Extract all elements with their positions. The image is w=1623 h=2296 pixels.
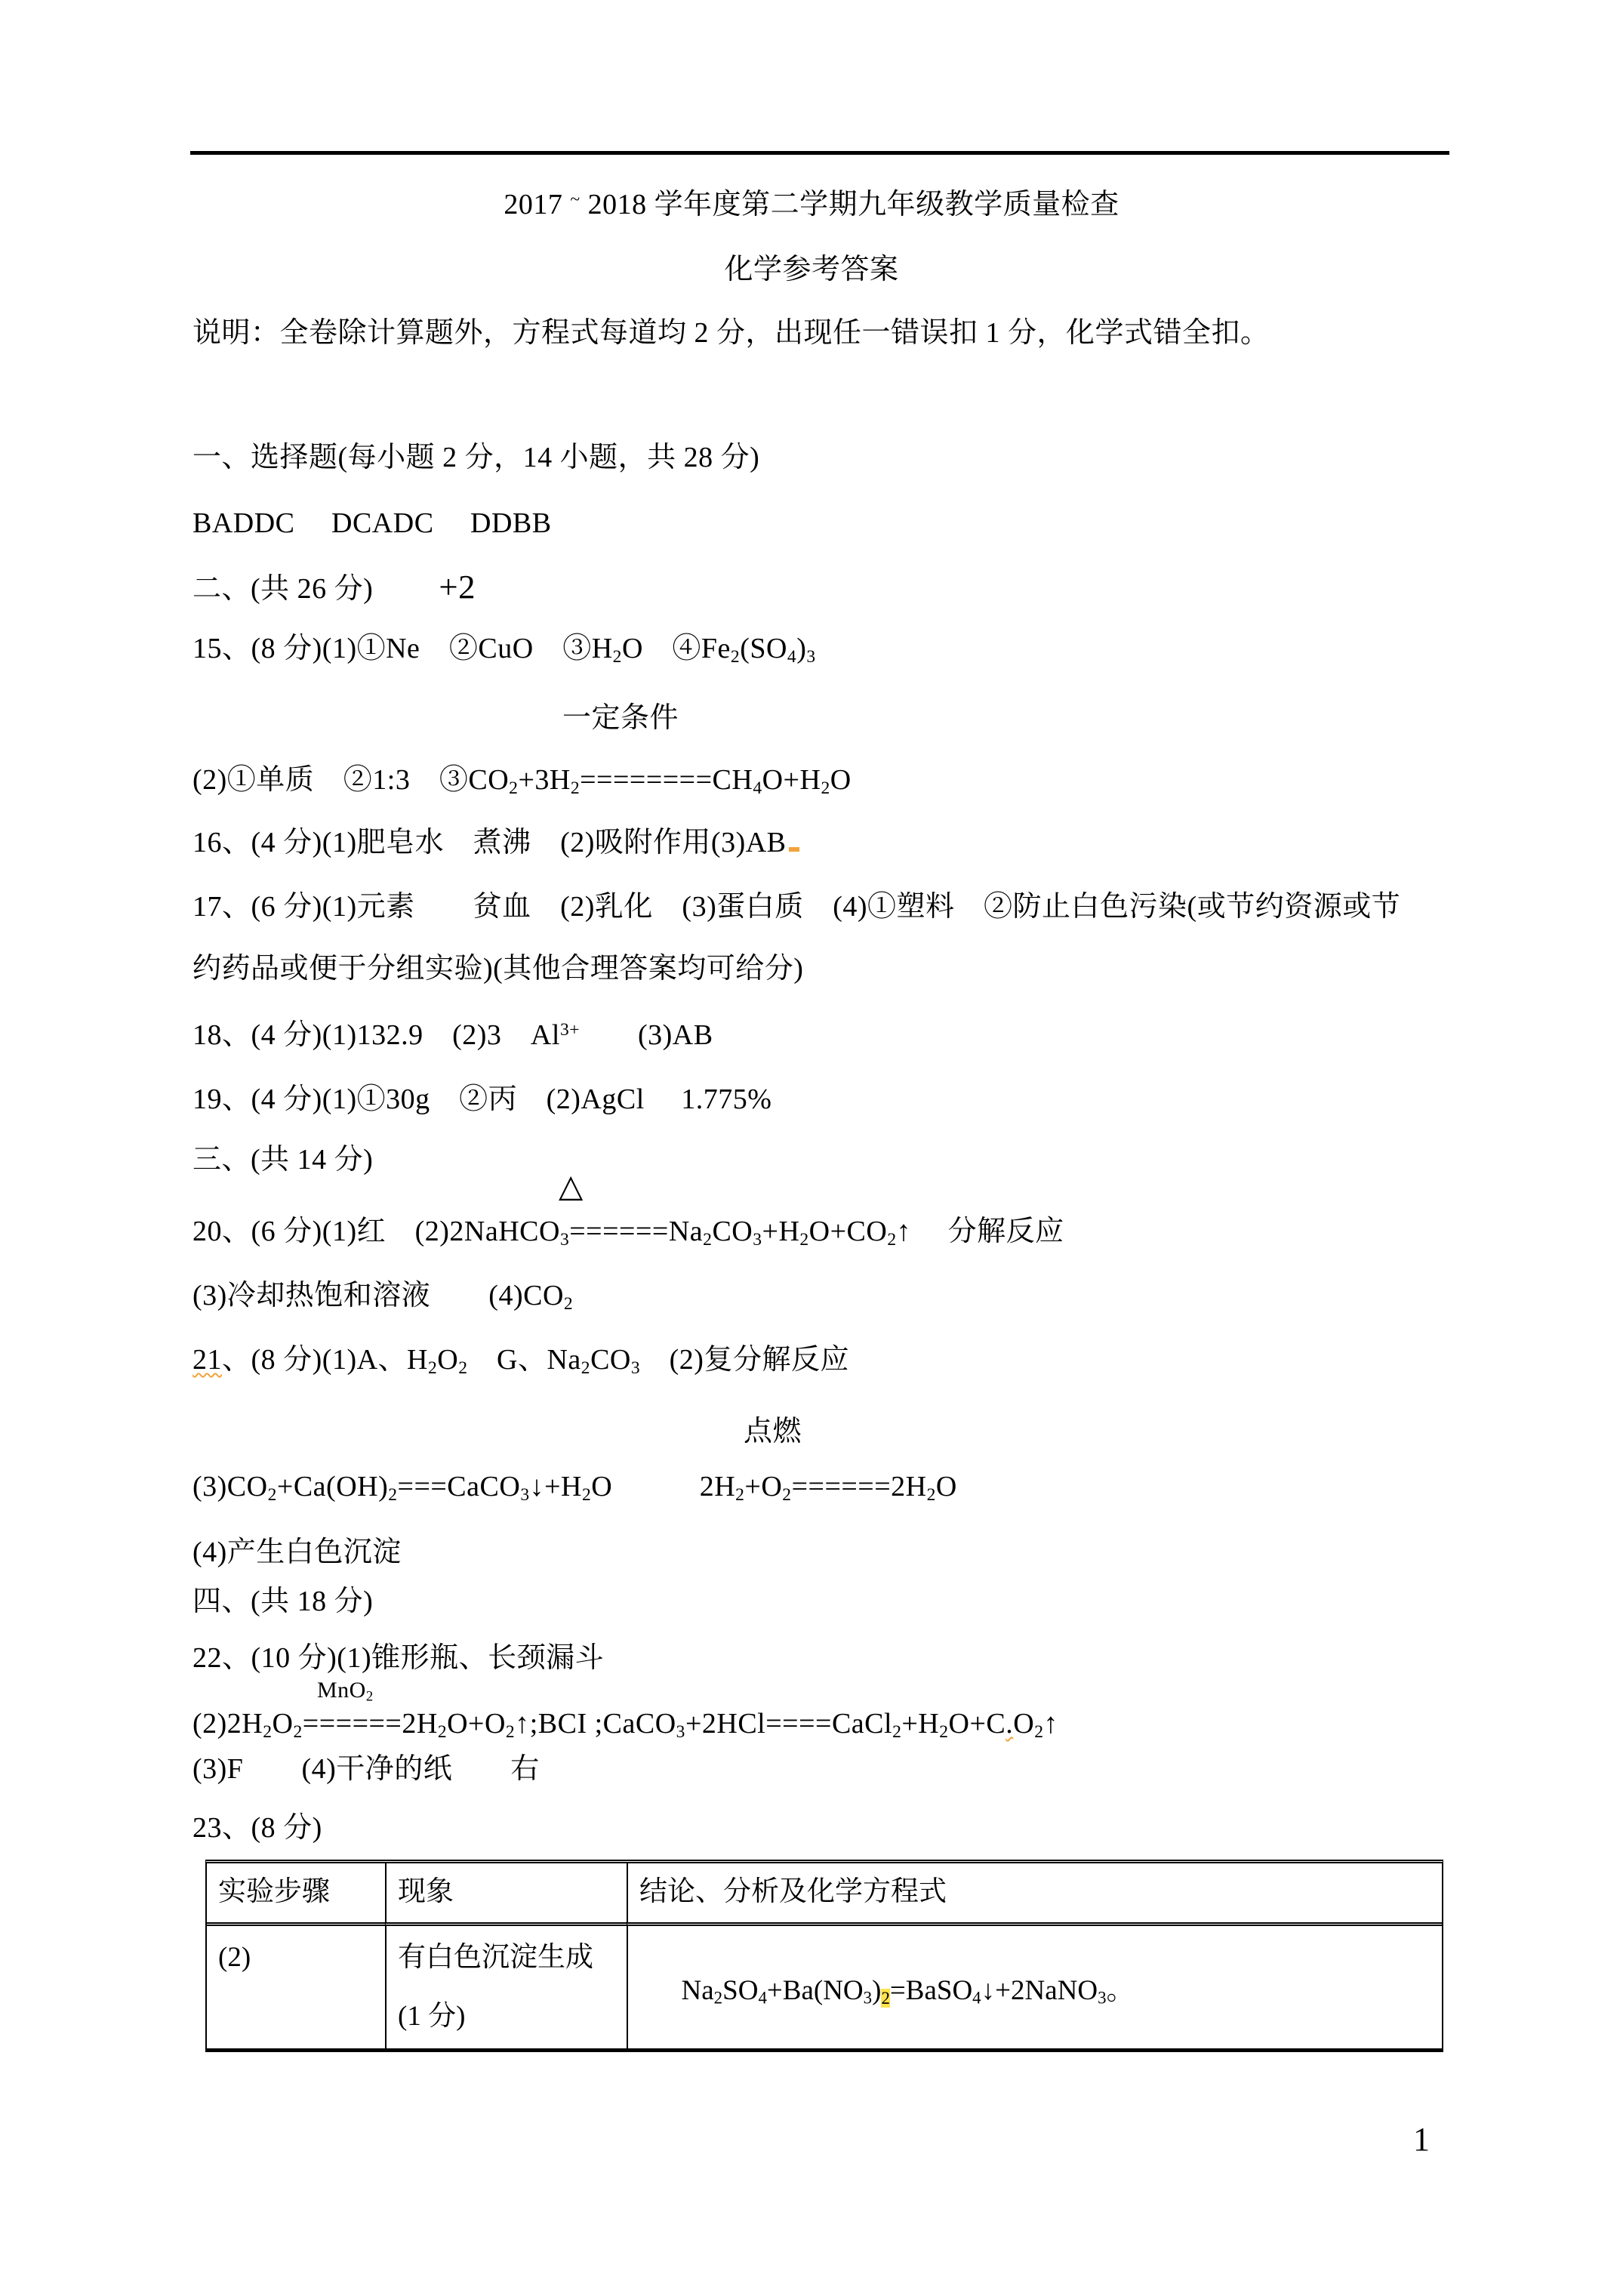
- section-1-heading: 一、选择题(每小题 2 分，14 小题，共 28 分): [192, 442, 759, 475]
- header-rule: [190, 151, 1449, 155]
- q20-answer: 20、(6 分)(1)红 (2)2NaHCO3======Na2CO3+H2O+…: [192, 1216, 1064, 1250]
- q17-answer-wrap: 约药品或便于分组实验)(其他合理答案均可给分): [192, 953, 803, 986]
- section-2-heading: 二、(共 26 分) +2: [192, 568, 476, 607]
- table-cell-step: (2): [207, 1926, 385, 2048]
- q22-34-answer: (3)F (4)干净的纸 右: [192, 1753, 540, 1786]
- table-header-step: 实验步骤: [207, 1863, 385, 1926]
- q22-2-answer: (2)2H2O2======2H2O+O2↑;BCI ;CaCO3+2HCl==…: [192, 1708, 1058, 1743]
- q15-answer: 15、(8 分)(1)①Ne ②CuO ③H2O ④Fe2(SO4)3: [192, 633, 816, 667]
- q23-heading: 23、(8 分): [192, 1812, 322, 1845]
- table-cell-equation: Na2SO4+Ba(NO3)2=BaSO4↓+2NaNO3。: [627, 1926, 1442, 2048]
- q21-answer: 21、(8 分)(1)A、H2O2 G、Na2CO3 (2)复分解反应: [192, 1344, 849, 1379]
- table-header-phenomenon: 现象: [385, 1863, 627, 1926]
- q21-ignite-label: 点燃: [744, 1416, 802, 1449]
- q16-answer: 16、(4 分)(1)肥皂水 煮沸 (2)吸附作用(3)AB: [192, 827, 799, 860]
- page-number: 1: [1413, 2120, 1430, 2159]
- q15-condition-label: 一定条件: [562, 702, 679, 735]
- experiment-table: 实验步骤 现象 结论、分析及化学方程式 (2) 有白色沉淀生成 (1 分) Na…: [205, 1860, 1443, 2052]
- grading-note: 说明：全卷除计算题外，方程式每道均 2 分，出现任一错误扣 1 分，化学式错全扣…: [192, 317, 1270, 350]
- table-cell-phenomenon: 有白色沉淀生成 (1 分): [385, 1926, 627, 2048]
- q20-34-answer: (3)冷却热饱和溶液 (4)CO2: [192, 1280, 573, 1314]
- q17-answer: 17、(6 分)(1)元素 贫血 (2)乳化 (3)蛋白质 (4)①塑料 ②防止…: [192, 891, 1400, 924]
- doc-title: 2017 ~ 2018 学年度第二学期九年级教学质量检查: [0, 189, 1623, 222]
- phenomenon-text: 有白色沉淀生成: [398, 1941, 627, 1974]
- q21-3-answer: (3)CO2+Ca(OH)2===CaCO3↓+H2O 2H2+O2======…: [192, 1471, 957, 1505]
- section-3-heading: 三、(共 14 分): [192, 1144, 373, 1177]
- phenomenon-score: (1 分): [398, 2000, 627, 2033]
- q19-answer: 19、(4 分)(1)①30g ②丙 (2)AgCl 1.775%: [192, 1083, 771, 1117]
- q22-answer: 22、(10 分)(1)锥形瓶、长颈漏斗: [192, 1642, 604, 1675]
- equation-text: Na2SO4+Ba(NO3)2=BaSO4↓+2NaNO3。: [682, 1975, 1135, 2006]
- q22-mno2-label: MnO2: [317, 1678, 374, 1705]
- table-header-conclusion: 结论、分析及化学方程式: [627, 1863, 1442, 1926]
- q21-4-answer: (4)产生白色沉淀: [192, 1536, 402, 1570]
- q18-answer: 18、(4 分)(1)132.9 (2)3 Al3+ (3)AB: [192, 1019, 713, 1052]
- doc-subtitle: 化学参考答案: [0, 254, 1623, 287]
- q15-2-answer: (2)①单质 ②1:3 ③CO2+3H2========CH4O+H2O: [192, 764, 852, 799]
- answer-sheet-page: 2017 ~ 2018 学年度第二学期九年级教学质量检查化学参考答案说明：全卷除…: [0, 0, 1623, 2296]
- q20-delta-label: △: [559, 1169, 584, 1205]
- choice-answers: BADDC DCADC DDBB: [192, 507, 552, 541]
- section-4-heading: 四、(共 18 分): [192, 1586, 373, 1619]
